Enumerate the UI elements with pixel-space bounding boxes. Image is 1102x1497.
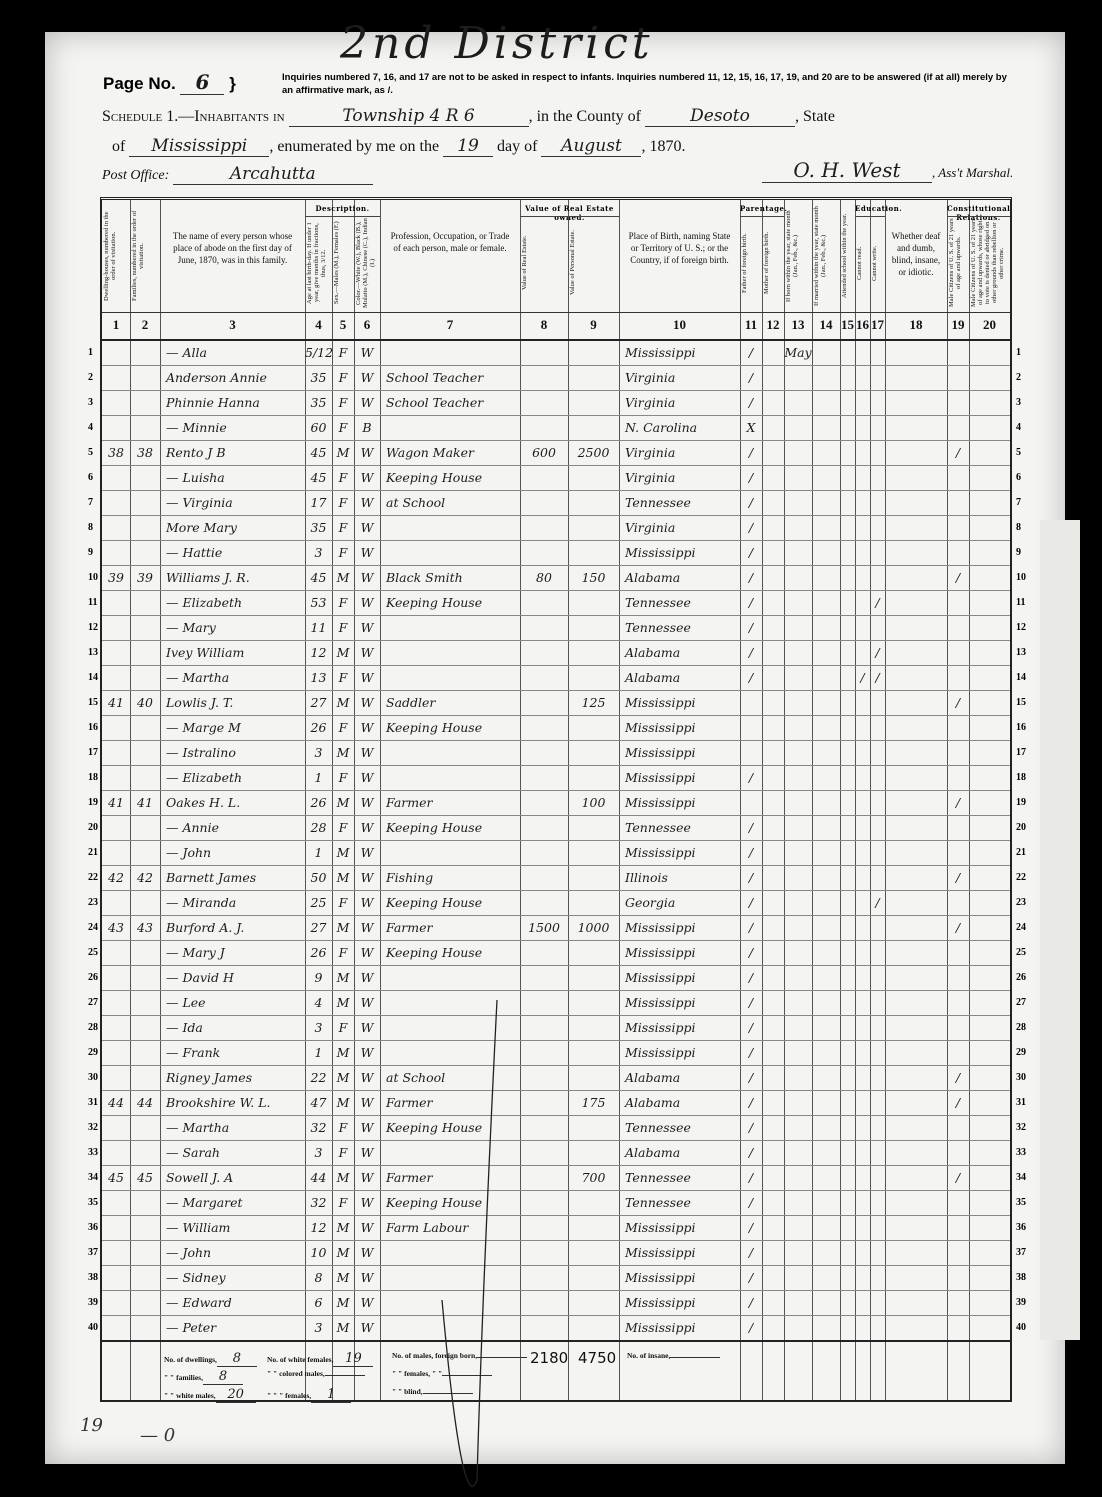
cell-occupation: Saddler [380, 695, 520, 710]
cell-name: — Mary [160, 620, 305, 635]
cell-sex: F [332, 470, 354, 485]
cell-age: 9 [305, 970, 332, 985]
cell-sex: M [332, 695, 354, 710]
cell-name: — David H [160, 970, 305, 985]
cell-c11: / [740, 1120, 762, 1135]
column-header-9: Value of Personal Estate. [569, 218, 618, 308]
summary-dwellings: No. of dwellings,8 [164, 1351, 257, 1367]
cell-c11: / [740, 470, 762, 485]
cell-c19: / [947, 570, 969, 585]
cell-c11: / [740, 945, 762, 960]
cell-birthplace: Virginia [619, 370, 740, 385]
cell-color: W [354, 1195, 380, 1210]
line-number-left: 16 [88, 722, 98, 733]
cell-real-estate: 1500 [520, 920, 568, 935]
cell-birthplace: Mississippi [619, 970, 740, 985]
cell-dwelling: 45 [102, 1170, 130, 1185]
line-number-left: 1 [88, 347, 93, 358]
cell-name: Anderson Annie [160, 370, 305, 385]
row-divider [102, 665, 1010, 666]
cell-birthplace: Mississippi [619, 695, 740, 710]
cell-name: — Lee [160, 995, 305, 1010]
line-number-left: 35 [88, 1197, 98, 1208]
summary-insane-value [670, 1357, 720, 1358]
summary-colored-females-label: " " " females, [267, 1391, 311, 1400]
line-number-left: 24 [88, 922, 98, 933]
cell-birthplace: Mississippi [619, 1270, 740, 1285]
cell-color: W [354, 345, 380, 360]
cell-color: B [354, 420, 380, 435]
line-number-left: 10 [88, 572, 98, 583]
cell-age: 35 [305, 370, 332, 385]
cell-family: 38 [130, 445, 160, 460]
row-divider [102, 365, 1010, 366]
cell-age: 45 [305, 445, 332, 460]
cell-birthplace: Mississippi [619, 845, 740, 860]
cell-color: W [354, 595, 380, 610]
cell-sex: M [332, 995, 354, 1010]
cell-dwelling: 44 [102, 1095, 130, 1110]
cell-age: 32 [305, 1195, 332, 1210]
cell-sex: F [332, 420, 354, 435]
line-number-left: 7 [88, 497, 93, 508]
row-divider [102, 765, 1010, 766]
cell-c17: / [870, 670, 885, 685]
cell-color: W [354, 970, 380, 985]
column-number-11: 11 [740, 317, 762, 333]
cell-name: Barnett James [160, 870, 305, 885]
column-header-16: Cannot read. [856, 218, 869, 308]
cell-real-estate: 80 [520, 570, 568, 585]
cell-name: Lowlis J. T. [160, 695, 305, 710]
cell-color: W [354, 795, 380, 810]
line-number-right: 1 [1016, 347, 1021, 358]
cell-birthplace: Tennessee [619, 495, 740, 510]
cell-name: — Ida [160, 1020, 305, 1035]
cell-occupation: Keeping House [380, 470, 520, 485]
cell-real-estate: 600 [520, 445, 568, 460]
cell-color: W [354, 895, 380, 910]
cell-c11: / [740, 1245, 762, 1260]
cell-sex: F [332, 820, 354, 835]
cell-c11: / [740, 495, 762, 510]
cell-birthplace: Mississippi [619, 1045, 740, 1060]
line-number-right: 40 [1016, 1322, 1026, 1333]
cell-color: W [354, 1220, 380, 1235]
group-underline [855, 216, 885, 217]
post-office: Arcahutta [173, 164, 373, 185]
column-header-18: Whether deaf and dumb, blind, insane, or… [891, 230, 941, 278]
cell-dwelling: 43 [102, 920, 130, 935]
cell-age: 60 [305, 420, 332, 435]
summary-colored-males-value [325, 1375, 365, 1376]
column-number-7: 7 [380, 317, 520, 333]
cell-c17: / [870, 595, 885, 610]
county-label: , in the County of [529, 108, 641, 125]
cell-name: — Elizabeth [160, 770, 305, 785]
cell-c19: / [947, 795, 969, 810]
summary-white-males-label: " " white males, [164, 1391, 216, 1400]
schedule-prefix: Schedule 1.—Inhabitants in [102, 108, 285, 125]
cell-family: 45 [130, 1170, 160, 1185]
cell-c11: / [740, 620, 762, 635]
row-divider [102, 390, 1010, 391]
row-divider [102, 615, 1010, 616]
line-number-right: 4 [1016, 422, 1021, 433]
summary-blind-label: " " blind, [392, 1387, 423, 1396]
line-number-left: 40 [88, 1322, 98, 1333]
cell-occupation: Fishing [380, 870, 520, 885]
cell-c11: / [740, 545, 762, 560]
cell-c19: / [947, 1170, 969, 1185]
cell-age: 25 [305, 895, 332, 910]
cell-color: W [354, 920, 380, 935]
line-number-left: 32 [88, 1122, 98, 1133]
cell-dwelling: 42 [102, 870, 130, 885]
line-number-right: 30 [1016, 1072, 1026, 1083]
cell-color: W [354, 770, 380, 785]
cell-age: 27 [305, 695, 332, 710]
cell-name: — Alla [160, 345, 305, 360]
cell-personal-estate: 700 [568, 1170, 619, 1185]
cell-birthplace: Mississippi [619, 1320, 740, 1335]
cell-color: W [354, 470, 380, 485]
cell-age: 10 [305, 1245, 332, 1260]
cell-birthplace: Mississippi [619, 945, 740, 960]
line-number-left: 22 [88, 872, 98, 883]
row-divider [102, 1015, 1010, 1016]
cell-sex: F [332, 945, 354, 960]
cell-personal-estate: 125 [568, 695, 619, 710]
line-number-right: 17 [1016, 747, 1026, 758]
cell-birthplace: Mississippi [619, 1020, 740, 1035]
summary-colored-females: " " " females,1 [267, 1387, 351, 1403]
cell-occupation: Keeping House [380, 945, 520, 960]
line-number-right: 3 [1016, 397, 1021, 408]
cell-color: W [354, 370, 380, 385]
cell-sex: F [332, 670, 354, 685]
column-header-8: Value of Real Estate. [521, 218, 567, 308]
cell-age: 35 [305, 520, 332, 535]
cell-c11: / [740, 520, 762, 535]
cell-birthplace: Mississippi [619, 795, 740, 810]
line-number-left: 23 [88, 897, 98, 908]
cell-age: 3 [305, 745, 332, 760]
line-number-left: 27 [88, 997, 98, 1008]
cell-sex: F [332, 1020, 354, 1035]
cell-birthplace: Alabama [619, 645, 740, 660]
cell-occupation: School Teacher [380, 370, 520, 385]
column-number-4: 4 [305, 317, 332, 333]
line-number-left: 4 [88, 422, 93, 433]
cell-color: W [354, 1070, 380, 1085]
line-number-right: 36 [1016, 1222, 1026, 1233]
cell-sex: F [332, 1145, 354, 1160]
line-number-left: 3 [88, 397, 93, 408]
line-number-right: 31 [1016, 1097, 1026, 1108]
marshal-label: , Ass't Marshal. [932, 165, 1013, 180]
cell-occupation: Black Smith [380, 570, 520, 585]
column-number-6: 6 [354, 317, 380, 333]
cell-c11: / [740, 1270, 762, 1285]
cell-birthplace: Mississippi [619, 745, 740, 760]
cell-c11: / [740, 1070, 762, 1085]
line-number-right: 34 [1016, 1172, 1026, 1183]
cell-age: 5/12 [305, 345, 332, 360]
column-divider [784, 200, 785, 1400]
cell-name: — Edward [160, 1295, 305, 1310]
row-divider [102, 940, 1010, 941]
line-number-left: 36 [88, 1222, 98, 1233]
line-number-left: 2 [88, 372, 93, 383]
cell-sex: F [332, 370, 354, 385]
line-number-right: 25 [1016, 947, 1026, 958]
column-header-19: Male Citizens of U. S. of 21 years of ag… [948, 218, 968, 308]
cell-name: — Sidney [160, 1270, 305, 1285]
cell-sex: M [332, 1095, 354, 1110]
township: Township 4 R 6 [289, 106, 529, 127]
cell-sex: M [332, 870, 354, 885]
line-number-right: 12 [1016, 622, 1026, 633]
column-divider [855, 200, 856, 1400]
cell-c11: / [740, 920, 762, 935]
cell-birthplace: Alabama [619, 1095, 740, 1110]
line-number-right: 20 [1016, 822, 1026, 833]
cell-color: W [354, 720, 380, 735]
line-number-right: 9 [1016, 547, 1021, 558]
cell-name: Sowell J. A [160, 1170, 305, 1185]
column-header-5: Sex.—Males (M.), Females (F.) [333, 218, 353, 308]
row-divider [102, 1190, 1010, 1191]
row-divider [102, 590, 1010, 591]
adjacent-page-strip [1040, 520, 1080, 1340]
row-divider [102, 840, 1010, 841]
cell-birthplace: Virginia [619, 445, 740, 460]
cell-birthplace: Virginia [619, 395, 740, 410]
cell-sex: M [332, 1270, 354, 1285]
cell-sex: M [332, 920, 354, 935]
cell-family: 43 [130, 920, 160, 935]
line-number-right: 15 [1016, 697, 1026, 708]
line-number-left: 12 [88, 622, 98, 633]
cell-name: — John [160, 1245, 305, 1260]
column-number-5: 5 [332, 317, 354, 333]
summary-families-label: " " families, [164, 1373, 203, 1382]
line-number-left: 34 [88, 1172, 98, 1183]
row-divider [102, 490, 1010, 491]
cell-occupation: Wagon Maker [380, 445, 520, 460]
line-number-right: 2 [1016, 372, 1021, 383]
cell-c11: / [740, 1045, 762, 1060]
cell-name: More Mary [160, 520, 305, 535]
tally-stroke-mark [422, 1000, 502, 1497]
cell-sex: M [332, 845, 354, 860]
column-number-19: 19 [947, 317, 969, 333]
column-number-8: 8 [520, 317, 568, 333]
cell-name: — Mary J [160, 945, 305, 960]
line-number-right: 21 [1016, 847, 1026, 858]
cell-personal-estate: 1000 [568, 920, 619, 935]
cell-c19: / [947, 695, 969, 710]
column-number-1: 1 [102, 317, 130, 333]
cell-color: W [354, 1270, 380, 1285]
page-number-line: Page No. 6 } [103, 70, 236, 95]
group-header-education: Education. [855, 204, 885, 213]
footer-mark-middle: — 0 [140, 1425, 175, 1446]
cell-sex: M [332, 795, 354, 810]
line-number-right: 29 [1016, 1047, 1026, 1058]
cell-personal-estate: 175 [568, 1095, 619, 1110]
cell-birthplace: Georgia [619, 895, 740, 910]
cell-sex: F [332, 720, 354, 735]
cell-name: — Luisha [160, 470, 305, 485]
cell-sex: F [332, 770, 354, 785]
cell-name: — John [160, 845, 305, 860]
cell-c11: / [740, 1295, 762, 1310]
state-label: , State [795, 108, 835, 125]
cell-sex: M [332, 645, 354, 660]
cell-dwelling: 39 [102, 570, 130, 585]
cell-c11: / [740, 345, 762, 360]
line-number-left: 37 [88, 1247, 98, 1258]
cell-family: 40 [130, 695, 160, 710]
cell-name: Burford A. J. [160, 920, 305, 935]
cell-birthplace: Tennessee [619, 1195, 740, 1210]
group-header-parentage: Parentage. [740, 204, 784, 213]
summary-colored-females-value: 1 [311, 1387, 351, 1403]
line-number-right: 22 [1016, 872, 1026, 883]
cell-name: Rigney James [160, 1070, 305, 1085]
cell-birthplace: Tennessee [619, 595, 740, 610]
row-divider [102, 1215, 1010, 1216]
cell-sex: F [332, 345, 354, 360]
cell-c13: May [784, 345, 812, 360]
cell-c11: / [740, 670, 762, 685]
column-number-20: 20 [969, 317, 1010, 333]
cell-birthplace: N. Carolina [619, 420, 740, 435]
column-number-10: 10 [619, 317, 740, 333]
cell-family: 44 [130, 1095, 160, 1110]
cell-c11: / [740, 895, 762, 910]
cell-color: W [354, 1170, 380, 1185]
cell-c11: / [740, 1320, 762, 1335]
column-number-18: 18 [885, 317, 947, 333]
cell-c11: / [740, 1145, 762, 1160]
cell-color: W [354, 495, 380, 510]
summary-white-females-value: 19 [333, 1351, 373, 1367]
line-number-left: 20 [88, 822, 98, 833]
cell-c11: / [740, 445, 762, 460]
line-number-right: 37 [1016, 1247, 1026, 1258]
day-of-label: day of [497, 138, 537, 155]
cell-name: — Martha [160, 1120, 305, 1135]
summary-families: " " families,8 [164, 1369, 243, 1385]
cell-age: 44 [305, 1170, 332, 1185]
cell-occupation: Farmer [380, 920, 520, 935]
post-office-line: Post Office: Arcahutta [102, 164, 373, 185]
column-divider [885, 200, 886, 1400]
cell-birthplace: Virginia [619, 520, 740, 535]
cell-c19: / [947, 870, 969, 885]
line-number-right: 6 [1016, 472, 1021, 483]
cell-occupation: at School [380, 495, 520, 510]
cell-color: W [354, 995, 380, 1010]
line-number-left: 17 [88, 747, 98, 758]
cell-age: 11 [305, 620, 332, 635]
cell-birthplace: Mississippi [619, 720, 740, 735]
column-header-14: If married within the year, state month … [813, 204, 839, 308]
group-header-description: Description. [305, 204, 380, 213]
census-table: Description.Value of Real Estate owned.P… [100, 197, 1012, 1402]
cell-birthplace: Tennessee [619, 820, 740, 835]
cell-age: 3 [305, 1320, 332, 1335]
cell-c11: / [740, 995, 762, 1010]
group-underline [947, 216, 1010, 217]
cell-c11: / [740, 645, 762, 660]
row-divider [102, 1115, 1010, 1116]
row-divider [102, 1165, 1010, 1166]
summary-dwellings-label: No. of dwellings, [164, 1355, 217, 1364]
cell-birthplace: Tennessee [619, 1120, 740, 1135]
cell-sex: F [332, 595, 354, 610]
column-header-12: Mother of foreign birth. [763, 218, 783, 308]
summary-white-males-value: 20 [216, 1387, 256, 1403]
line-number-right: 23 [1016, 897, 1026, 908]
cell-birthplace: Mississippi [619, 1245, 740, 1260]
summary-colored-males: " " colored males, [267, 1369, 365, 1378]
cell-birthplace: Alabama [619, 1070, 740, 1085]
column-number-15: 15 [840, 317, 855, 333]
cell-family: 41 [130, 795, 160, 810]
cell-color: W [354, 1095, 380, 1110]
cell-age: 1 [305, 1045, 332, 1060]
line-number-left: 8 [88, 522, 93, 533]
cell-personal-estate: 150 [568, 570, 619, 585]
marshal-line: O. H. West, Ass't Marshal. [762, 158, 1013, 183]
line-number-left: 6 [88, 472, 93, 483]
column-number-16: 16 [855, 317, 870, 333]
cell-name: Ivey William [160, 645, 305, 660]
cell-age: 26 [305, 720, 332, 735]
line-number-left: 39 [88, 1297, 98, 1308]
line-number-left: 25 [88, 947, 98, 958]
cell-c11: / [740, 370, 762, 385]
summary-top-border [102, 1340, 1010, 1342]
row-divider [102, 515, 1010, 516]
cell-dwelling: 41 [102, 795, 130, 810]
cell-occupation: Keeping House [380, 720, 520, 735]
cell-birthplace: Mississippi [619, 345, 740, 360]
cell-sex: F [332, 1195, 354, 1210]
cell-c19: / [947, 1070, 969, 1085]
line-number-left: 14 [88, 672, 98, 683]
line-number-left: 28 [88, 1022, 98, 1033]
column-number-13: 13 [784, 317, 812, 333]
row-divider [102, 565, 1010, 566]
row-divider [102, 790, 1010, 791]
cell-sex: M [332, 570, 354, 585]
cell-name: — Margaret [160, 1195, 305, 1210]
cell-name: — William [160, 1220, 305, 1235]
cell-age: 28 [305, 820, 332, 835]
cell-sex: M [332, 1320, 354, 1335]
cell-c17: / [870, 645, 885, 660]
cell-c11: / [740, 1220, 762, 1235]
cell-name: — Martha [160, 670, 305, 685]
cell-age: 3 [305, 1145, 332, 1160]
month: August [541, 136, 641, 157]
line-number-left: 33 [88, 1147, 98, 1158]
